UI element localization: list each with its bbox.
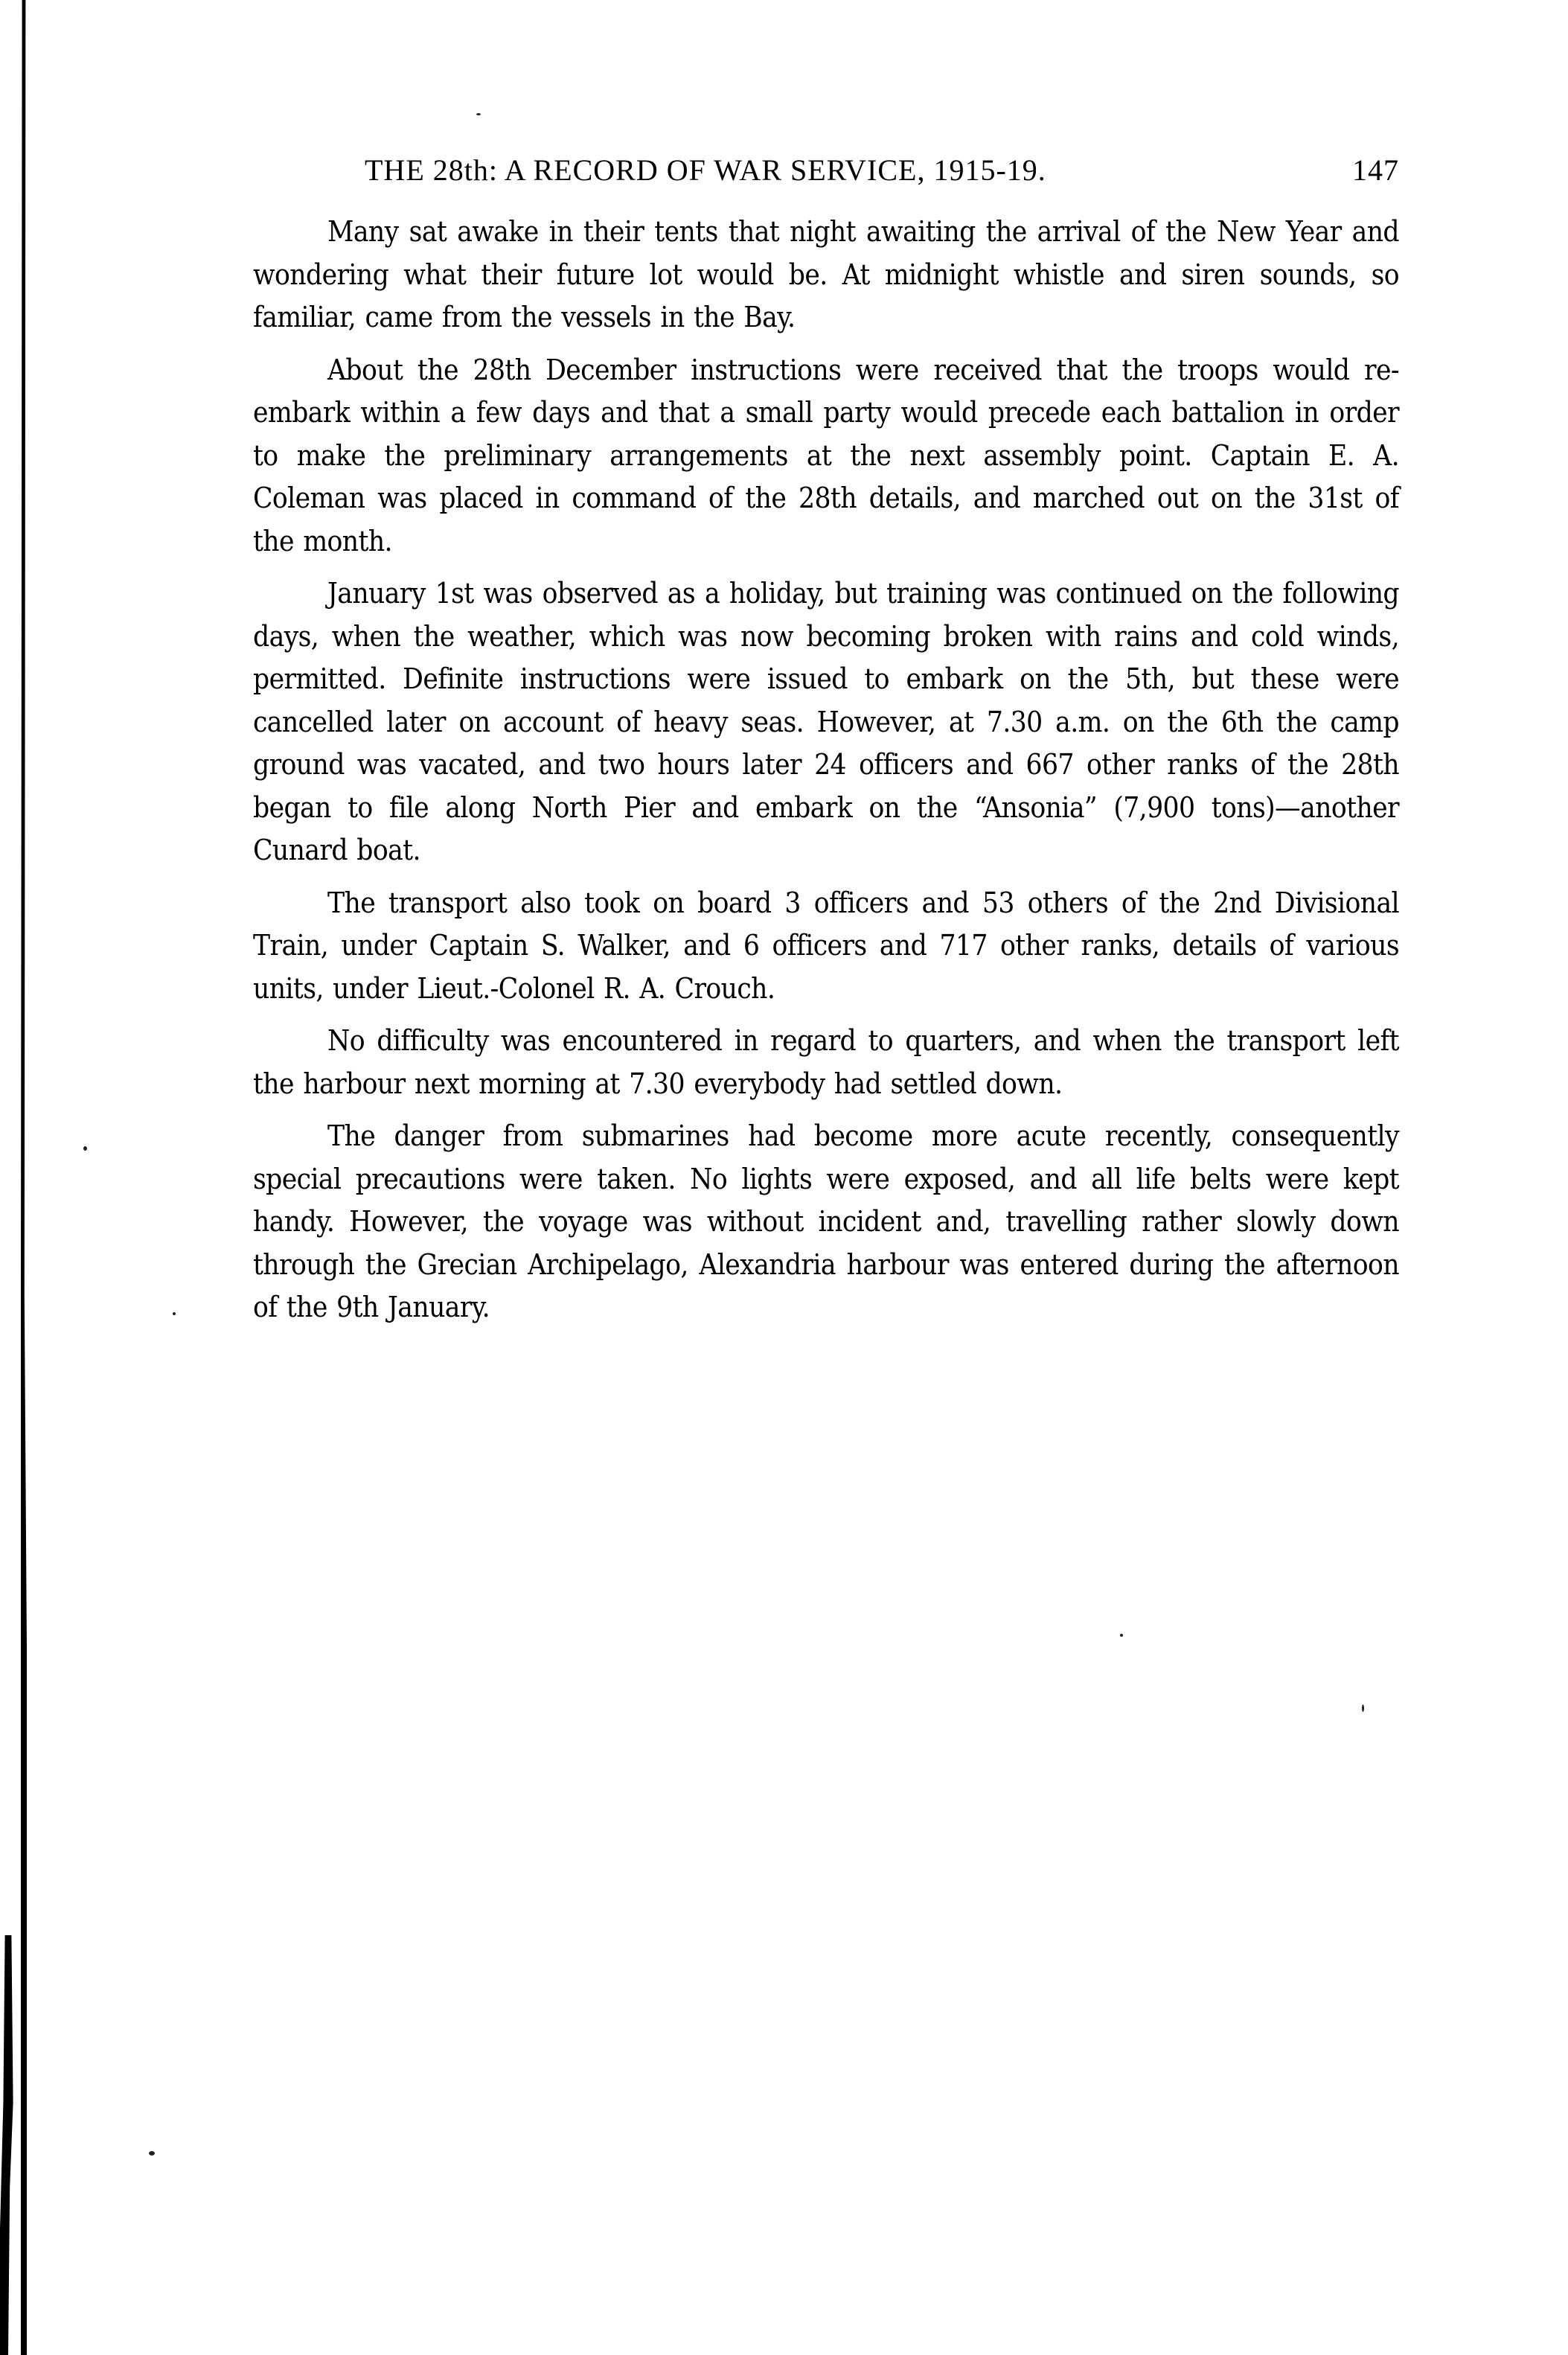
scan-speck xyxy=(476,113,481,115)
paragraph: The transport also took on board 3 offic… xyxy=(253,882,1399,1011)
paragraph: Many sat awake in their tents that night… xyxy=(253,211,1399,339)
scan-speck xyxy=(1362,1704,1364,1712)
scan-speck xyxy=(149,2151,155,2156)
scan-binding-edge xyxy=(21,0,27,2355)
paragraph: January 1st was observed as a holiday, b… xyxy=(253,572,1399,872)
scan-speck xyxy=(173,1312,176,1315)
scan-binding-edge-lower xyxy=(0,1935,16,2355)
document-page: THE 28th: A RECORD OF WAR SERVICE, 1915-… xyxy=(253,153,1399,1339)
paragraph: The danger from submarines had become mo… xyxy=(253,1115,1399,1329)
paragraph: No difficulty was encountered in regard … xyxy=(253,1020,1399,1105)
body-text: Many sat awake in their tents that night… xyxy=(253,211,1399,1329)
running-head-title: THE 28th: A RECORD OF WAR SERVICE, 1915-… xyxy=(365,153,1046,188)
running-head: THE 28th: A RECORD OF WAR SERVICE, 1915-… xyxy=(253,153,1399,197)
scan-speck xyxy=(1120,1634,1123,1637)
page-number: 147 xyxy=(1352,153,1399,188)
scan-speck xyxy=(83,1146,87,1151)
paragraph: About the 28th December instructions wer… xyxy=(253,349,1399,563)
